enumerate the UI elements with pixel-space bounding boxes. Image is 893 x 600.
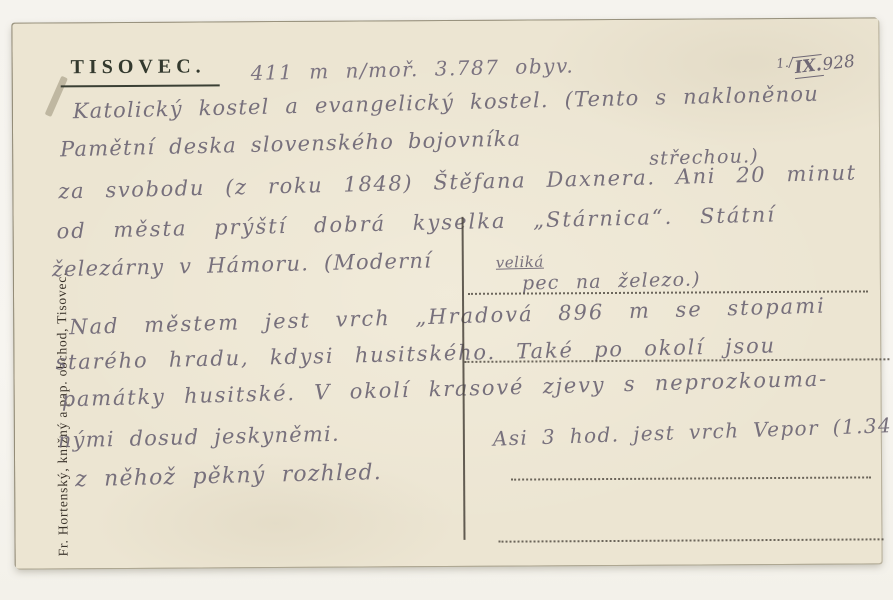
message-line: Katolický kostel a evangelický kostel. (…: [73, 82, 820, 124]
message-line: Asi 3 hod. jest vrch Vepor (1.341 m): [492, 411, 893, 451]
message-line: z něhož pěkný rozhled.: [75, 460, 382, 492]
message-line: železárny v Hámoru. (Moderní: [52, 248, 433, 281]
message-line: Pamětní deska slovenského bojovníka: [60, 126, 522, 161]
insertion-note: veliká: [496, 253, 544, 272]
town-title: TISOVEC.: [61, 55, 220, 87]
address-dotted-line: [499, 538, 884, 542]
address-dotted-line: [511, 476, 871, 480]
message-line: Nad městem jest vrch „Hradová 896 m se s…: [69, 294, 826, 340]
town-stats-note: 411 m n/moř. 3.787 obyv.: [250, 53, 574, 85]
message-line: od města prýští dobrá kyselka „Stárnica“…: [56, 202, 776, 243]
date-year: 928: [821, 51, 855, 74]
message-line: starého hradu, kdysi husitského. Také po…: [55, 333, 776, 374]
postcard-back: TISOVEC. 411 m n/moř. 3.787 obyv. 1./IX.…: [12, 18, 881, 568]
date-month: IX.: [792, 54, 823, 79]
message-line: nými dosud jeskyněmi.: [58, 422, 340, 453]
date-note: 1./IX.928: [776, 48, 856, 80]
date-day: 1./: [776, 55, 794, 72]
message-line: památky husitské. V okolí krasové zjevy …: [61, 367, 828, 412]
message-line: za svobodu (z roku 1848) Štěfana Daxnera…: [58, 161, 857, 204]
message-line: pec na železo.): [522, 268, 701, 294]
